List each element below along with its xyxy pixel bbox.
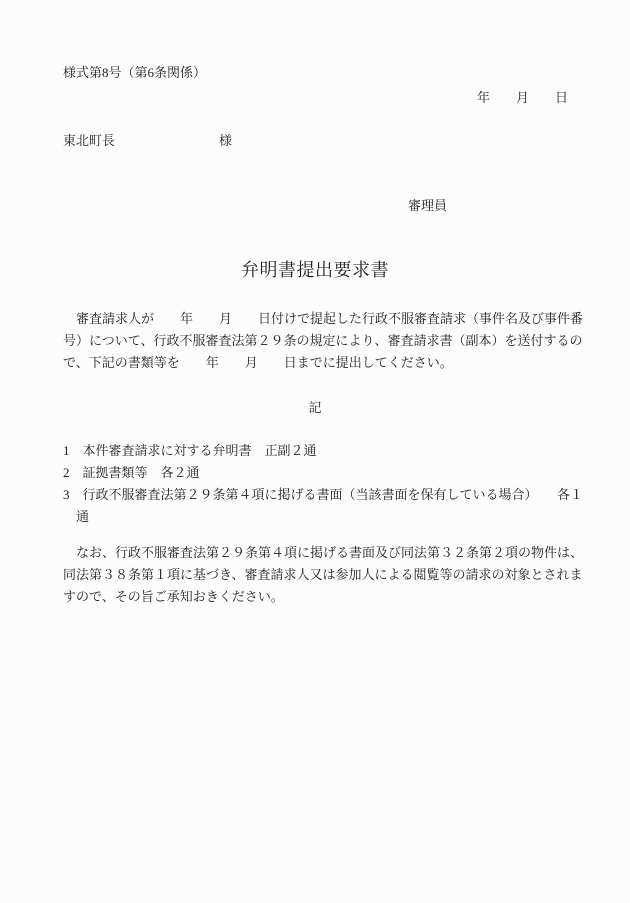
addressee-line: 東北町長 様: [63, 130, 232, 149]
document-page: 様式第8号（第6条関係） 年 月 日 東北町長 様 審理員 弁明書提出要求書 審…: [0, 0, 630, 903]
ki-heading: 記: [0, 397, 630, 416]
body-paragraph-line-3: で、下記の書類等を 年 月 日までに提出してください。: [63, 352, 583, 374]
list-item-1: 1 本件審査請求に対する弁明書 正副２通: [63, 440, 583, 462]
examiner-label: 審理員: [408, 195, 447, 214]
date-line: 年 月 日: [477, 87, 568, 106]
note-paragraph-line-1: なお、行政不服審査法第２９条第４項に掲げる書面及び同法第３２条第２項の物件は、: [63, 542, 583, 564]
body-paragraph-line-2: 号）について、行政不服審査法第２９条の規定により、審査請求書（副本）を送付するの: [63, 330, 583, 352]
note-paragraph-line-2: 同法第３８条第１項に基づき、審査請求人又は参加人による閲覧等の請求の対象とされま: [63, 564, 583, 586]
list-item-2: 2 証拠書類等 各２通: [63, 462, 583, 484]
note-paragraph-line-3: すので、その旨ご承知おきください。: [63, 586, 583, 608]
form-number: 様式第8号（第6条関係）: [63, 62, 206, 81]
document-title: 弁明書提出要求書: [0, 256, 630, 282]
list-item-3: 3 行政不服審査法第２９条第４項に掲げる書面（当該書面を保有している場合） 各１: [63, 484, 583, 506]
body-paragraph-line-1: 審査請求人が 年 月 日付けで提起した行政不服審査請求（事件名及び事件番: [63, 308, 583, 330]
list-item-3-continuation: 通: [63, 506, 583, 528]
note-paragraph: なお、行政不服審査法第２９条第４項に掲げる書面及び同法第３２条第２項の物件は、 …: [63, 542, 583, 608]
body-paragraph: 審査請求人が 年 月 日付けで提起した行政不服審査請求（事件名及び事件番 号）に…: [63, 308, 583, 374]
document-list: 1 本件審査請求に対する弁明書 正副２通 2 証拠書類等 各２通 3 行政不服審…: [63, 440, 583, 528]
